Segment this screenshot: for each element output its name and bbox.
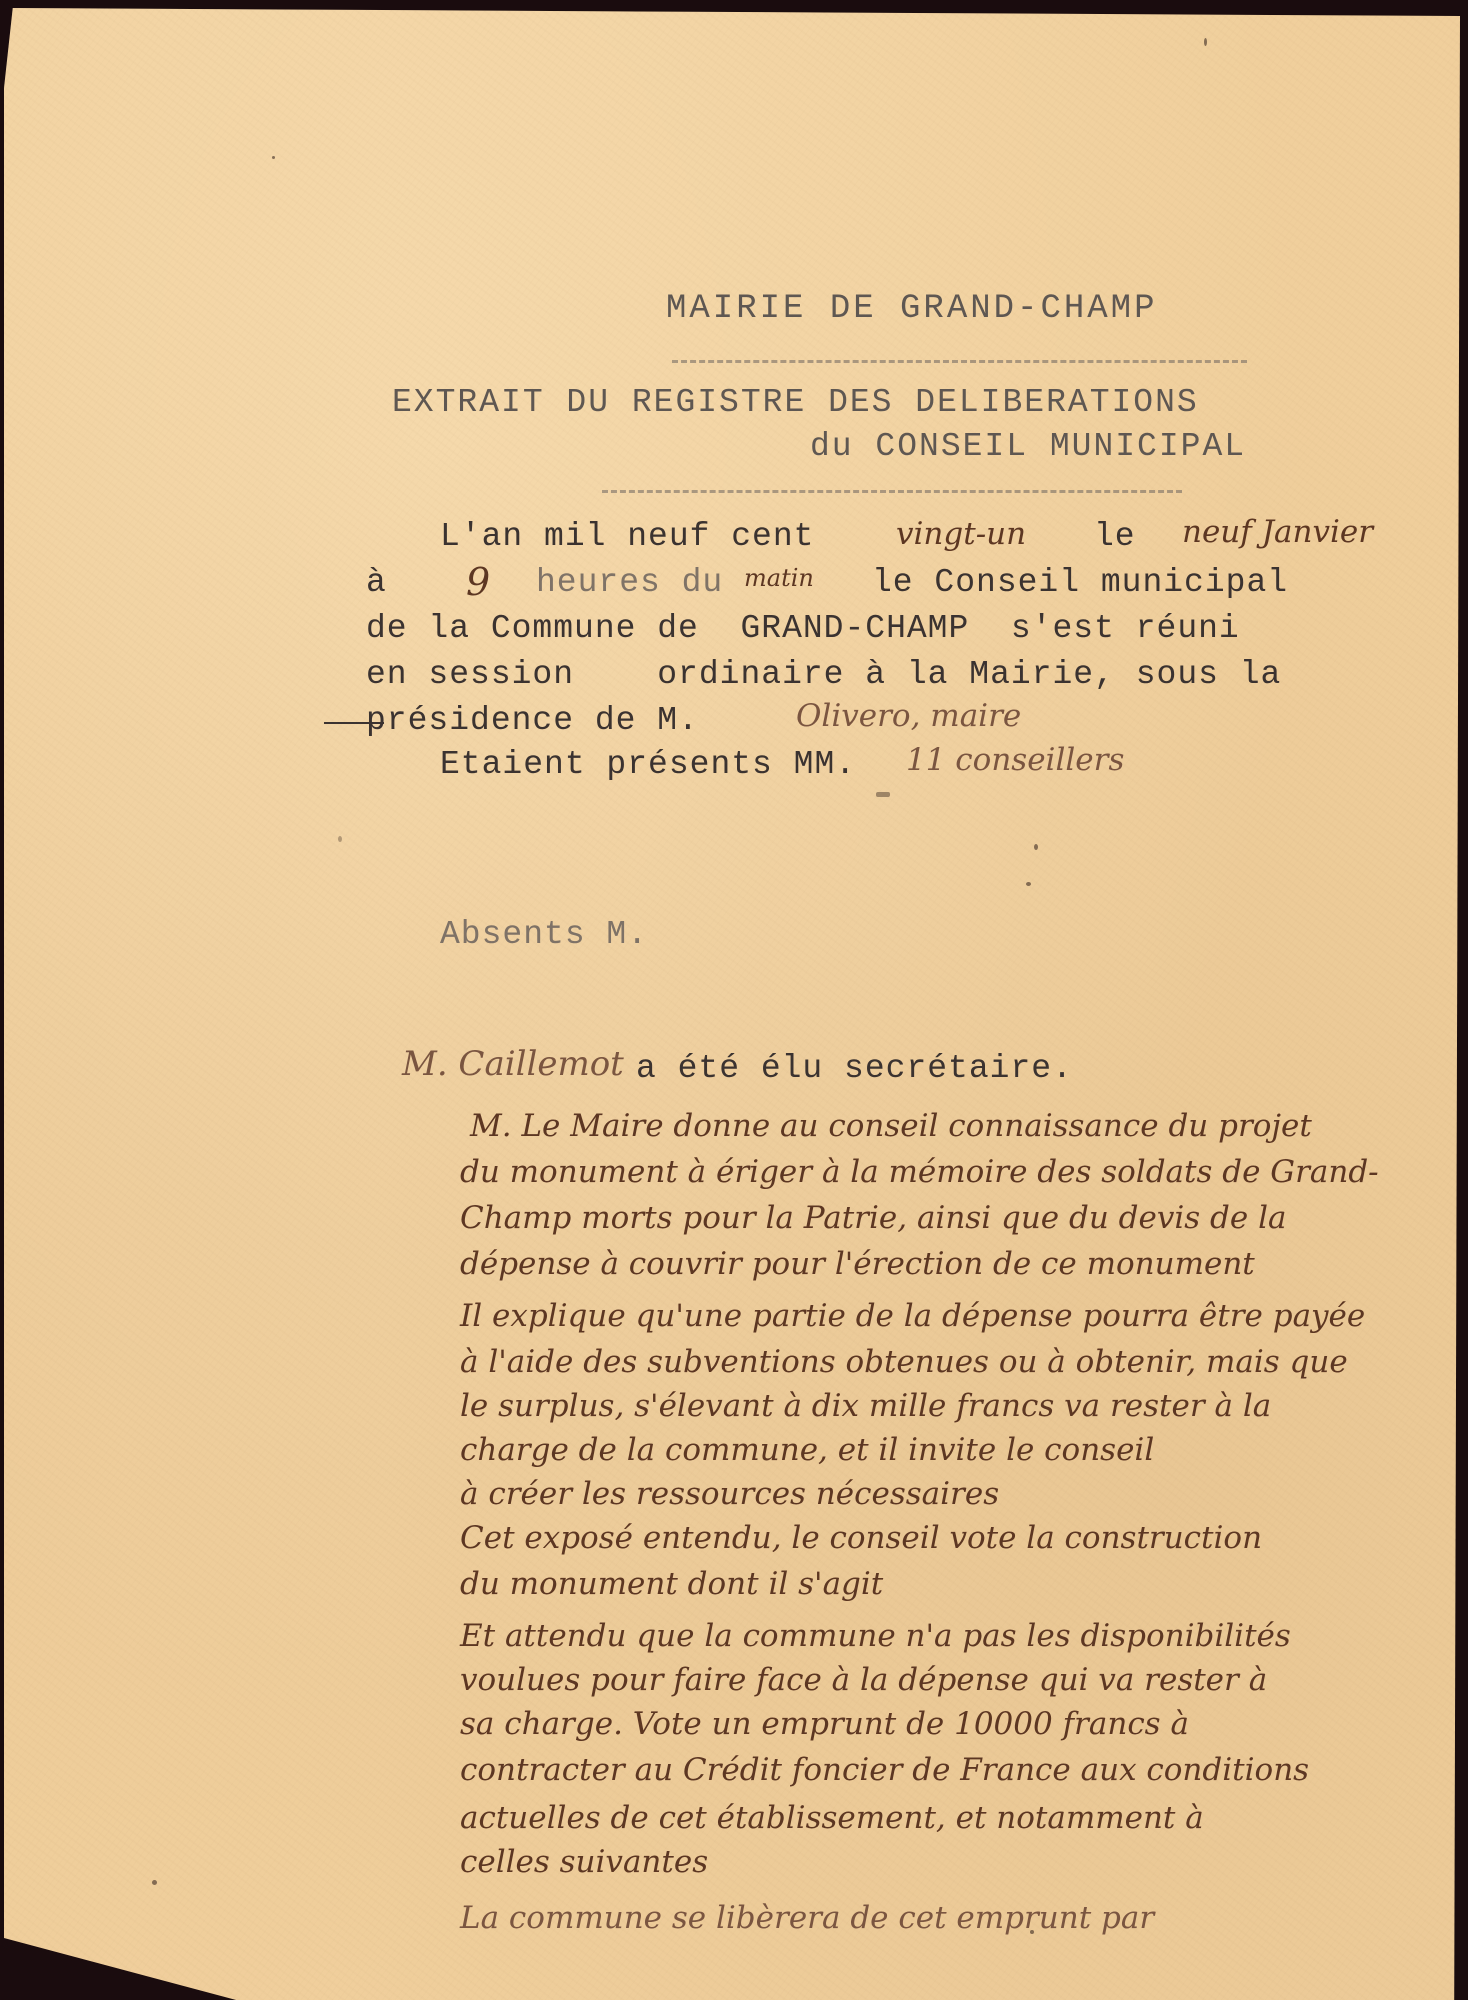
paper-speck <box>1204 38 1207 46</box>
header-divider-bottom <box>602 490 1182 493</box>
body-line-10: Cet exposé entendu, le conseil vote la c… <box>460 1520 1262 1556</box>
preamble-le: le <box>1094 518 1136 555</box>
body-line-4: dépense à couvrir pour l'érection de ce … <box>460 1246 1255 1282</box>
body-line-18: La commune se libèrera de cet emprunt pa… <box>460 1900 1154 1936</box>
body-line-5: Il explique qu'une partie de la dépense … <box>460 1298 1365 1334</box>
body-line-1: M. Le Maire donne au conseil connaissanc… <box>470 1108 1312 1144</box>
preamble-presents-hand: 11 conseillers <box>906 742 1124 778</box>
preamble-president-hand: Olivero, maire <box>796 698 1021 734</box>
scanned-document: MAIRIE DE GRAND-CHAMP EXTRAIT DU REGISTR… <box>0 0 1468 2000</box>
body-line-6: à l'aide des subventions obtenues ou à o… <box>460 1344 1348 1380</box>
body-line-3: Champ morts pour la Patrie, ainsi que du… <box>460 1200 1286 1236</box>
preamble-presents: Etaient présents MM. <box>440 746 856 783</box>
body-line-14: sa charge. Vote un emprunt de 10000 fran… <box>460 1706 1189 1742</box>
paper-sheet: MAIRIE DE GRAND-CHAMP EXTRAIT DU REGISTR… <box>4 8 1460 2000</box>
preamble-year-hand: vingt-un <box>896 516 1026 552</box>
preamble-hour-hand: 9 <box>466 560 490 604</box>
preamble-a: à <box>366 564 387 601</box>
paper-speck <box>876 792 890 797</box>
body-line-13: voulues pour faire face à la dépense qui… <box>460 1662 1267 1698</box>
preamble-heures: heures du <box>536 564 723 601</box>
absents-label: Absents M. <box>440 916 648 953</box>
paper-speck <box>152 1880 157 1885</box>
body-line-2: du monument à ériger à la mémoire des so… <box>460 1154 1379 1190</box>
preamble-session: en session ordinaire à la Mairie, sous l… <box>366 656 1281 693</box>
paper-speck <box>1030 1930 1034 1934</box>
preamble-conseil-municipal: le Conseil municipal <box>872 564 1288 601</box>
body-line-9: à créer les ressources nécessaires <box>460 1476 999 1512</box>
header-divider-top <box>672 360 1247 363</box>
preamble-presidence: présidence de M. <box>366 702 699 739</box>
preamble-matin-hand: matin <box>744 564 814 592</box>
paper-speck <box>338 836 342 842</box>
preamble-year-label: L'an mil neuf cent <box>440 518 814 555</box>
paper-speck <box>272 156 275 159</box>
preamble-date-hand: neuf Janvier <box>1182 514 1373 550</box>
body-line-11: du monument dont il s'agit <box>460 1566 883 1602</box>
body-line-7: le surplus, s'élevant à dix mille francs… <box>460 1388 1271 1424</box>
paper-speck <box>1034 844 1038 850</box>
mairie-heading: MAIRIE DE GRAND-CHAMP <box>666 290 1157 328</box>
body-line-15: contracter au Crédit foncier de France a… <box>460 1752 1309 1788</box>
secretary-name-hand: M. Caillemot <box>402 1044 624 1084</box>
preamble-commune: de la Commune de GRAND-CHAMP s'est réuni <box>366 610 1240 647</box>
body-line-12: Et attendu que la commune n'a pas les di… <box>460 1618 1291 1654</box>
secretary-elected: a été élu secrétaire. <box>636 1050 1073 1087</box>
paper-speck <box>1026 882 1031 886</box>
extrait-heading: EXTRAIT DU REGISTRE DES DELIBERATIONS <box>392 384 1199 421</box>
body-line-8: charge de la commune, et il invite le co… <box>460 1432 1154 1468</box>
conseil-heading: du CONSEIL MUNICIPAL <box>810 428 1246 465</box>
body-line-16: actuelles de cet établissement, et notam… <box>460 1800 1204 1836</box>
body-line-17: celles suivantes <box>460 1844 708 1880</box>
